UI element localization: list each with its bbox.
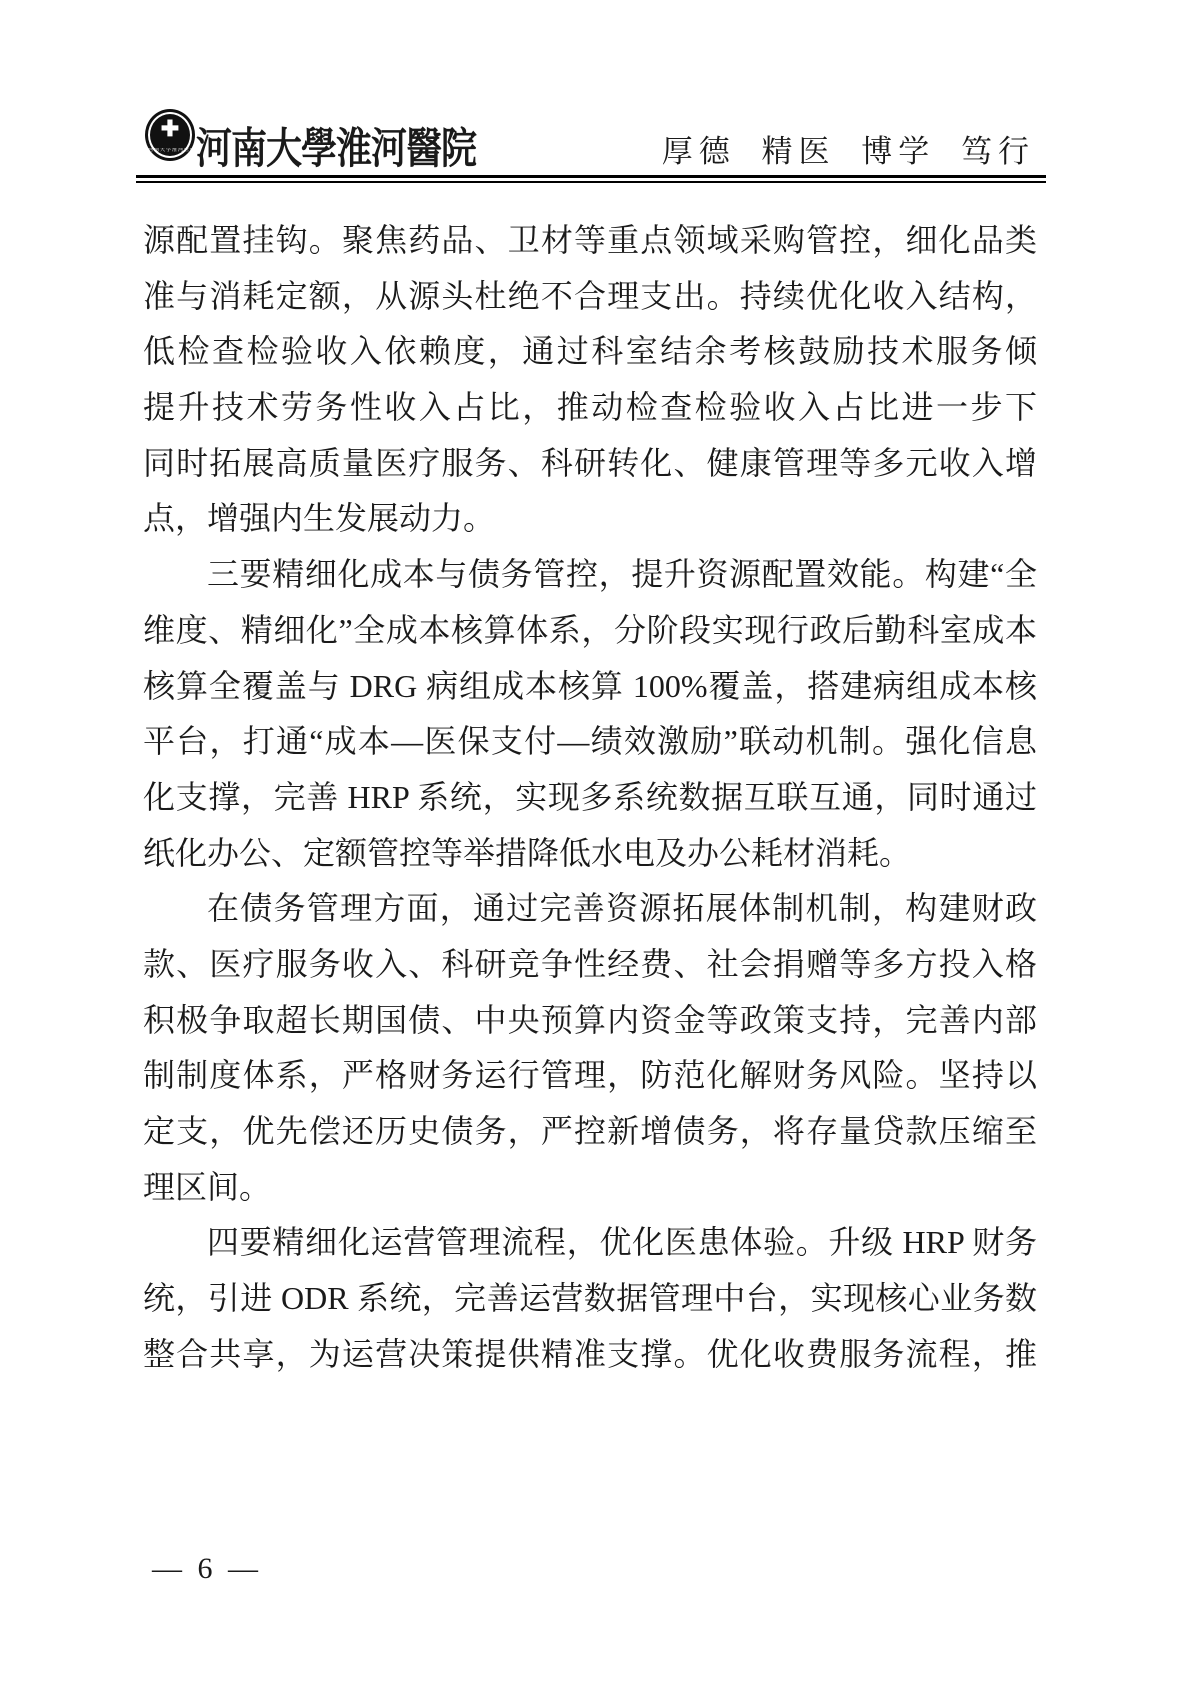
hospital-motto: 厚德 精医 博学 笃行 xyxy=(662,126,1035,171)
emblem-arc-text: 河南大学淮河医院 xyxy=(148,148,192,153)
page-number: — 6 — xyxy=(152,1552,258,1586)
text-line: 提升技术劳务性收入占比，推动检查检验收入占比进一步下降。 xyxy=(143,380,1037,436)
text-line: 在债务管理方面，通过完善资源拓展体制机制，构建财政拨 xyxy=(143,881,1037,937)
text-line: 款、医疗服务收入、科研竞争性经费、社会捐赠等多方投入格局。 xyxy=(143,937,1037,993)
text-line: 同时拓展高质量医疗服务、科研转化、健康管理等多元收入增长 xyxy=(143,436,1037,492)
text-line: 理区间。 xyxy=(143,1160,1037,1216)
text-line: 制制度体系，严格财务运行管理，防范化解财务风险。坚持以收 xyxy=(143,1048,1037,1104)
hospital-name-calligraphy: 河南大學淮河醫院 xyxy=(196,116,496,176)
header-divider xyxy=(136,175,1046,183)
text-line: 源配置挂钩。聚焦药品、卫材等重点领域采购管控，细化品类标 xyxy=(143,213,1037,269)
document-page: ✚ 河南大学淮河医院 河南大學淮河醫院 厚德 精医 博学 笃行 源配置挂钩。聚焦… xyxy=(0,0,1190,1683)
text-line: 统，引进 ODR 系统，完善运营数据管理中台，实现核心业务数据 xyxy=(143,1271,1037,1327)
text-line: 点，增强内生发展动力。 xyxy=(143,491,1037,547)
hospital-emblem-icon: ✚ 河南大学淮河医院 xyxy=(148,112,192,158)
text-line: 化支撑，完善 HRP 系统，实现多系统数据互联互通，同时通过无 xyxy=(143,770,1037,826)
cross-icon: ✚ xyxy=(148,118,192,140)
document-body: 源配置挂钩。聚焦药品、卫材等重点领域采购管控，细化品类标准与消耗定额，从源头杜绝… xyxy=(143,213,1037,1382)
text-line: 维度、精细化”全成本核算体系，分阶段实现行政后勤科室成本 xyxy=(143,603,1037,659)
text-line: 整合共享，为运营决策提供精准支撑。优化收费服务流程，推进 xyxy=(143,1327,1037,1383)
text-line: 四要精细化运营管理流程，优化医患体验。升级 HRP 财务系 xyxy=(143,1215,1037,1271)
page-header: ✚ 河南大学淮河医院 河南大學淮河醫院 厚德 精医 博学 笃行 xyxy=(0,0,1190,190)
text-line: 平台，打通“成本—医保支付—绩效激励”联动机制。强化信息 xyxy=(143,714,1037,770)
text-line: 积极争取超长期国债、中央预算内资金等政策支持，完善内部控 xyxy=(143,993,1037,1049)
text-line: 准与消耗定额，从源头杜绝不合理支出。持续优化收入结构，降 xyxy=(143,269,1037,325)
text-line: 定支，优先偿还历史债务，严控新增债务，将存量贷款压缩至合 xyxy=(143,1104,1037,1160)
text-line: 三要精细化成本与债务管控，提升资源配置效能。构建“全 xyxy=(143,547,1037,603)
text-line: 核算全覆盖与 DRG 病组成本核算 100%覆盖，搭建病组成本核算 xyxy=(143,659,1037,715)
text-line: 低检查检验收入依赖度，通过科室结余考核鼓励技术服务倾斜， xyxy=(143,324,1037,380)
text-line: 纸化办公、定额管控等举措降低水电及办公耗材消耗。 xyxy=(143,826,1037,882)
